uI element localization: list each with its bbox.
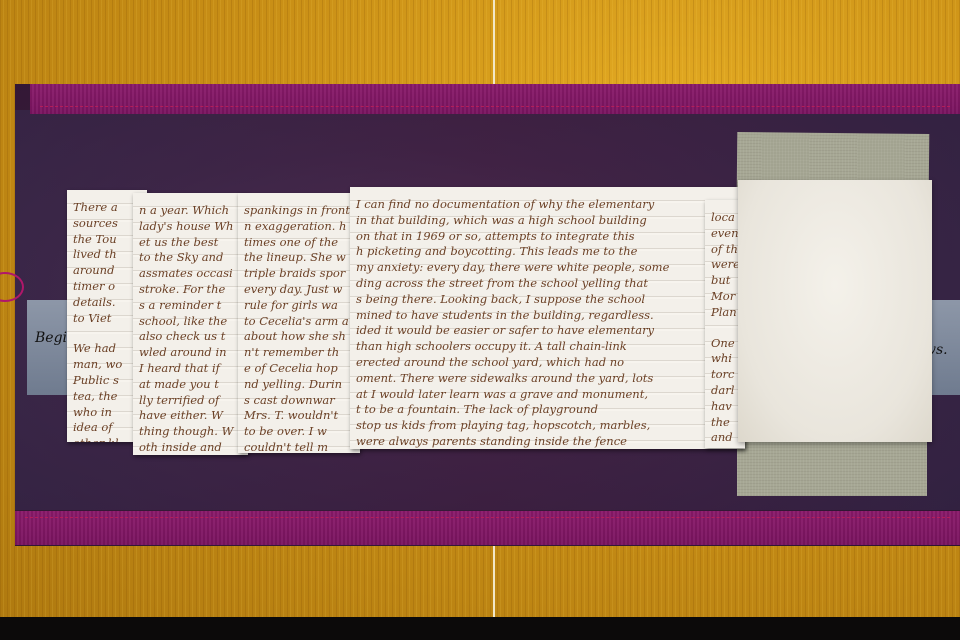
handwritten-line: spankings in front [244, 203, 356, 219]
handwritten-line: h picketing and boycotting. This leads m… [356, 244, 741, 260]
handwritten-line: of th [711, 242, 741, 258]
handwritten-line: Mrs. T. wouldn't [244, 408, 356, 424]
handwritten-line: ided it would be easier or safer to have… [356, 323, 741, 339]
handwritten-line: thro [711, 446, 741, 448]
handwritten-line: et us the best [139, 235, 244, 251]
handwritten-line: darl [711, 383, 741, 399]
handwritten-line: at made you t [139, 377, 244, 393]
handwritten-line: nd yelling. Durin [244, 377, 356, 393]
handwritten-line: wled around in [139, 345, 244, 361]
handwritten-line: n a year. Which [139, 203, 244, 219]
handwritten-line: Plan [711, 305, 741, 321]
handwritten-line: the [711, 415, 741, 431]
handwritten-line: stroke. For the [139, 282, 244, 298]
folded-white-cloth [738, 180, 932, 442]
handwritten-line: every day. Just w [244, 282, 356, 298]
handwritten-line: at I would later learn was a grave and m… [356, 387, 741, 403]
handwritten-line: times one of the [244, 235, 356, 251]
handwritten-line: oment. There were sidewalks around the y… [356, 371, 741, 387]
handwritten-line: I heard that if [139, 361, 244, 377]
handwritten-line: Mor [711, 289, 741, 305]
handwritten-line [711, 321, 741, 336]
handwritten-line: have either. W [139, 408, 244, 424]
handwritten-line: t to be a fountain. The lack of playgrou… [356, 402, 741, 418]
handwritten-line: on that in 1969 or so, attempts to integ… [356, 229, 741, 245]
handwritten-line: but [711, 273, 741, 289]
handwritten-line: s being there. Looking back, I suppose t… [356, 292, 741, 308]
handwritten-line: mined to have students in the building, … [356, 308, 741, 324]
handwritten-line: n exaggeration. h [244, 219, 356, 235]
handwritten-line: hav [711, 399, 741, 415]
handwritten-line: than high schoolers occupy it. A tall ch… [356, 339, 741, 355]
handwritten-line: also check us t [139, 329, 244, 345]
handwritten-line: s a reminder t [139, 298, 244, 314]
handwritten-line: ding across the street from the school y… [356, 276, 741, 292]
handwritten-line: to Cecelia's arm a [244, 314, 356, 330]
handwritten-line: to the Sky and [139, 250, 244, 266]
handwritten-line: the lineup. She w [244, 250, 356, 266]
stitch-line [25, 517, 950, 518]
handwritten-line: triple braids spor [244, 266, 356, 282]
handwritten-line: my anxiety: every day, there were white … [356, 260, 741, 276]
handwritten-line: erected around the school yard, which ha… [356, 355, 741, 371]
handwritten-text: n a year. Whichlady's house Whet us the … [139, 203, 244, 455]
handwritten-line: school, like the [139, 314, 244, 330]
magenta-band-top [30, 84, 960, 114]
handwritten-line: n't remember th [244, 345, 356, 361]
handwritten-text: spankings in frontn exaggeration. htimes… [244, 203, 356, 453]
handwritten-line: couldn't tell m [244, 440, 356, 453]
handwritten-line: about how she sh [244, 329, 356, 345]
fabric-page-2: n a year. Whichlady's house Whet us the … [133, 193, 248, 455]
magenta-band-bottom [15, 511, 960, 545]
handwritten-line: torc [711, 367, 741, 383]
stitch-line [40, 106, 950, 107]
handwritten-line: were always parents standing inside the … [356, 434, 741, 449]
handwritten-text: locaevenof thwerebutMorPlanOnewhitorcdar… [711, 210, 741, 448]
handwritten-line: s cast downwar [244, 393, 356, 409]
fabric-page-3: spankings in frontn exaggeration. htimes… [238, 193, 360, 453]
handwritten-line: I can find no documentation of why the e… [356, 197, 741, 213]
handwritten-line: in that building, which was a high schoo… [356, 213, 741, 229]
handwritten-line: One [711, 336, 741, 352]
handwritten-line: oth inside and [139, 440, 244, 455]
handwritten-line: assmates occasi [139, 266, 244, 282]
handwritten-line: lady's house Wh [139, 219, 244, 235]
handwritten-line: e of Cecelia hop [244, 361, 356, 377]
handwritten-line: rule for girls wa [244, 298, 356, 314]
handwritten-line: even [711, 226, 741, 242]
handwritten-text: I can find no documentation of why the e… [356, 197, 741, 449]
handwritten-line: lly terrified of [139, 393, 244, 409]
handwritten-line: loca [711, 210, 741, 226]
handwritten-line: were [711, 257, 741, 273]
fabric-page-4: I can find no documentation of why the e… [350, 187, 745, 449]
gold-seam-top [493, 0, 495, 85]
handwritten-line: to be over. I w [244, 424, 356, 440]
handwritten-line: whi [711, 351, 741, 367]
handwritten-line: and [711, 430, 741, 446]
handwritten-line: thing though. W [139, 424, 244, 440]
gold-seam-bottom [493, 545, 495, 617]
handwritten-line: stop us kids from playing tag, hopscotch… [356, 418, 741, 434]
